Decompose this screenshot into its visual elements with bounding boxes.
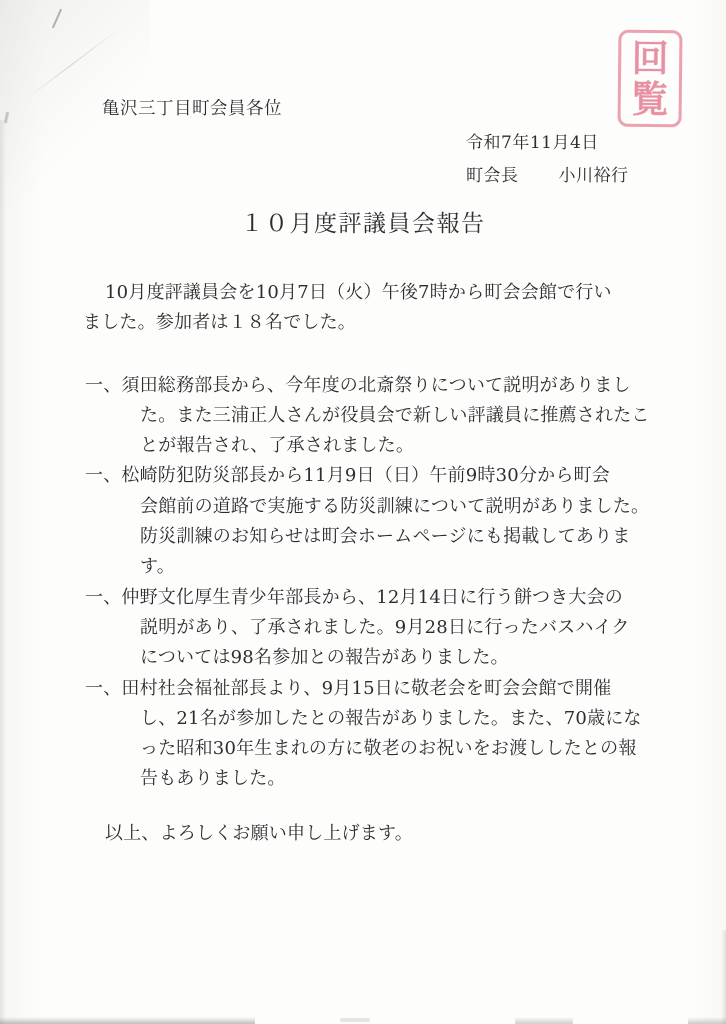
meta-block: 令和7年11月4日 町会長小川裕行 — [466, 127, 629, 193]
intro-line: ました。参加者は１８名でした。 — [83, 308, 658, 338]
intro-line: 10月度評議員会を10月7日（火）午後7時から町会会館で行い — [83, 278, 658, 308]
item-marker: 一、 — [85, 587, 121, 608]
item-line: 一、田村社会福祉部長より、9月15日に敬老会を町会会館で開催 — [140, 674, 658, 704]
scan-shadow-left-edge — [0, 120, 6, 1024]
stamp-char-kai: 回 — [632, 37, 669, 78]
item-line: 一、須田総務部長から、今年度の北斎祭りについて説明がありまし — [140, 371, 658, 401]
circulation-stamp: 回 覧 — [617, 30, 682, 128]
closing-line: 以上、よろしくお願い申し上げます。 — [83, 819, 658, 849]
scanned-document-page: 回 覧 亀沢三丁目町会員各位 令和7年11月4日 町会長小川裕行 １０月度評議員… — [0, 0, 726, 1024]
item-marker: 一、 — [85, 678, 121, 699]
author-role: 町会長 — [466, 166, 519, 186]
item-line: 告もありました。 — [140, 764, 658, 794]
item-marker: 一、 — [85, 375, 121, 396]
recipient-line: 亀沢三丁目町会員各位 — [102, 95, 282, 123]
report-item-2: 一、松崎防犯防災部長から11月9日（日）午前9時30分から町会 会館前の道路で実… — [83, 461, 658, 582]
scan-shadow-bottom-3 — [515, 1017, 573, 1024]
document-title: １０月度評議員会報告 — [0, 205, 726, 238]
author-line: 町会長小川裕行 — [466, 160, 629, 193]
item-line: 説明があり、了承されました。9月28日に行ったバスハイク — [140, 613, 658, 643]
report-item-4: 一、田村社会福祉部長より、9月15日に敬老会を町会会館で開催 し、21名が参加し… — [83, 674, 658, 795]
date-line: 令和7年11月4日 — [466, 127, 629, 160]
item-text: 仲野文化厚生青少年部長から、12月14日に行う餅つき大会の — [121, 587, 623, 608]
scan-shadow-bottom-2 — [340, 1018, 370, 1022]
item-text: 松崎防犯防災部長から11月9日（日）午前9時30分から町会 — [121, 465, 610, 486]
scan-shadow-bottom-4 — [688, 1017, 726, 1024]
item-line: については98名参加との報告がありました。 — [140, 643, 658, 673]
item-line: 防災訓練のお知らせは町会ホームページにも掲載してありま — [140, 522, 658, 552]
scan-shadow-bottom-1 — [0, 1017, 255, 1024]
item-line: 一、仲野文化厚生青少年部長から、12月14日に行う餅つき大会の — [140, 583, 658, 613]
item-line: 会館前の道路で実施する防災訓練について説明がありました。 — [140, 492, 658, 522]
item-line: 一、松崎防犯防災部長から11月9日（日）午前9時30分から町会 — [140, 461, 658, 491]
document-body: 10月度評議員会を10月7日（火）午後7時から町会会館で行い ました。参加者は１… — [83, 278, 658, 849]
item-line: し、21名が参加したとの報告がありました。また、70歳にな — [140, 704, 658, 734]
item-text: 須田総務部長から、今年度の北斎祭りについて説明がありまし — [121, 375, 630, 396]
item-line: った昭和30年生まれの方に敬老のお祝いをお渡ししたとの報 — [140, 734, 658, 764]
item-text: 田村社会福祉部長より、9月15日に敬老会を町会会館で開催 — [121, 678, 611, 699]
item-line: た。また三浦正人さんが役員会で新しい評議員に推薦されたこ — [140, 401, 658, 431]
report-item-1: 一、須田総務部長から、今年度の北斎祭りについて説明がありまし た。また三浦正人さ… — [83, 371, 658, 462]
author-name: 小川裕行 — [559, 166, 629, 186]
scan-shadow-right-edge — [721, 930, 726, 1024]
item-marker: 一、 — [85, 465, 121, 486]
stamp-char-ran: 覧 — [631, 78, 668, 119]
report-item-3: 一、仲野文化厚生青少年部長から、12月14日に行う餅つき大会の 説明があり、了承… — [83, 583, 658, 674]
intro-paragraph: 10月度評議員会を10月7日（火）午後7時から町会会館で行い ました。参加者は１… — [83, 278, 658, 339]
item-line: とが報告され、了承されました。 — [140, 431, 658, 461]
item-line: す。 — [140, 552, 658, 582]
